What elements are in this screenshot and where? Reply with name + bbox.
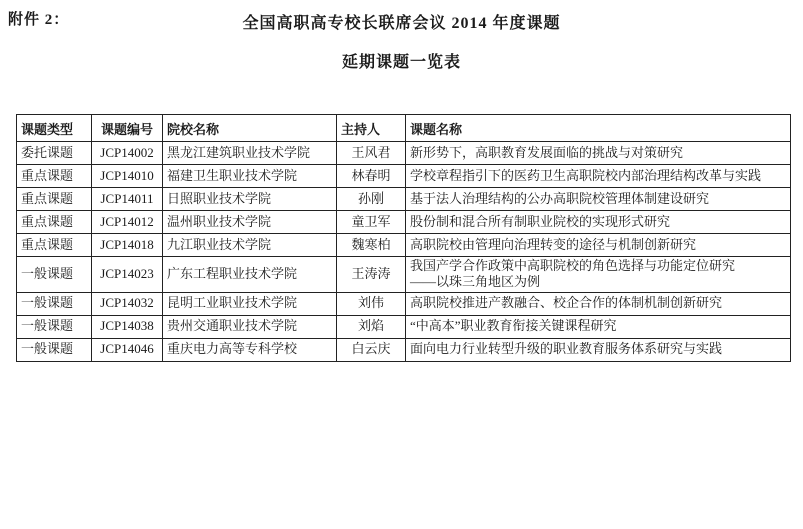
- cell-project-code: JCP14011: [92, 188, 163, 211]
- document-page: 附件 2： 全国高职高专校长联席会议 2014 年度课题 延期课题一览表 课题类…: [0, 0, 803, 362]
- cell-leader-name: 白云庆: [337, 338, 406, 361]
- col-header-project-type: 课题类型: [17, 115, 92, 142]
- cell-project-code: JCP14023: [92, 257, 163, 293]
- cell-project-type: 重点课题: [17, 211, 92, 234]
- cell-institution-name: 日照职业技术学院: [163, 188, 337, 211]
- col-header-leader: 主持人: [337, 115, 406, 142]
- table-body: 委托课题 JCP14002 黑龙江建筑职业技术学院 王风君 新形势下，高职教育发…: [17, 142, 791, 362]
- cell-project-title: 新形势下，高职教育发展面临的挑战与对策研究: [406, 142, 791, 165]
- cell-project-type: 委托课题: [17, 142, 92, 165]
- cell-institution-name: 昆明工业职业技术学院: [163, 292, 337, 315]
- cell-project-title: 高职院校推进产教融合、校企合作的体制机制创新研究: [406, 292, 791, 315]
- table-row: 一般课题 JCP14032 昆明工业职业技术学院 刘伟 高职院校推进产教融合、校…: [17, 292, 791, 315]
- page-title: 全国高职高专校长联席会议 2014 年度课题: [0, 0, 803, 33]
- table-row: 一般课题 JCP14046 重庆电力高等专科学校 白云庆 面向电力行业转型升级的…: [17, 338, 791, 361]
- col-header-project-code: 课题编号: [92, 115, 163, 142]
- cell-institution-name: 九江职业技术学院: [163, 234, 337, 257]
- cell-institution-name: 广东工程职业技术学院: [163, 257, 337, 293]
- cell-institution-name: 黑龙江建筑职业技术学院: [163, 142, 337, 165]
- cell-leader-name: 刘伟: [337, 292, 406, 315]
- cell-project-title: 面向电力行业转型升级的职业教育服务体系研究与实践: [406, 338, 791, 361]
- cell-leader-name: 魏寒柏: [337, 234, 406, 257]
- cell-leader-name: 林春明: [337, 165, 406, 188]
- cell-project-code: JCP14046: [92, 338, 163, 361]
- cell-project-type: 重点课题: [17, 165, 92, 188]
- cell-project-code: JCP14038: [92, 315, 163, 338]
- cell-institution-name: 重庆电力高等专科学校: [163, 338, 337, 361]
- cell-project-code: JCP14002: [92, 142, 163, 165]
- col-header-project-title: 课题名称: [406, 115, 791, 142]
- cell-institution-name: 温州职业技术学院: [163, 211, 337, 234]
- page-subtitle: 延期课题一览表: [0, 49, 803, 72]
- cell-project-code: JCP14012: [92, 211, 163, 234]
- cell-institution-name: 福建卫生职业技术学院: [163, 165, 337, 188]
- table-row: 重点课题 JCP14018 九江职业技术学院 魏寒柏 高职院校由管理向治理转变的…: [17, 234, 791, 257]
- cell-leader-name: 王涛涛: [337, 257, 406, 293]
- cell-project-type: 一般课题: [17, 292, 92, 315]
- cell-project-title: 股份制和混合所有制职业院校的实现形式研究: [406, 211, 791, 234]
- cell-project-code: JCP14010: [92, 165, 163, 188]
- cell-leader-name: 童卫军: [337, 211, 406, 234]
- cell-project-type: 重点课题: [17, 188, 92, 211]
- cell-project-title: 学校章程指引下的医药卫生高职院校内部治理结构改革与实践: [406, 165, 791, 188]
- cell-project-title: “中高本”职业教育衔接关键课程研究: [406, 315, 791, 338]
- table-row: 重点课题 JCP14010 福建卫生职业技术学院 林春明 学校章程指引下的医药卫…: [17, 165, 791, 188]
- cell-project-type: 重点课题: [17, 234, 92, 257]
- cell-project-title: 高职院校由管理向治理转变的途径与机制创新研究: [406, 234, 791, 257]
- cell-project-code: JCP14018: [92, 234, 163, 257]
- table-header-row: 课题类型 课题编号 院校名称 主持人 课题名称: [17, 115, 791, 142]
- attachment-label: 附件 2：: [8, 8, 69, 29]
- cell-project-type: 一般课题: [17, 315, 92, 338]
- cell-leader-name: 刘焰: [337, 315, 406, 338]
- col-header-institution-name: 院校名称: [163, 115, 337, 142]
- cell-project-title: 我国产学合作政策中高职院校的角色选择与功能定位研究 ——以珠三角地区为例: [406, 257, 791, 293]
- postponed-projects-table: 课题类型 课题编号 院校名称 主持人 课题名称 委托课题 JCP14002 黑龙…: [16, 114, 791, 362]
- cell-project-code: JCP14032: [92, 292, 163, 315]
- cell-project-title: 基于法人治理结构的公办高职院校管理体制建设研究: [406, 188, 791, 211]
- table-row: 重点课题 JCP14012 温州职业技术学院 童卫军 股份制和混合所有制职业院校…: [17, 211, 791, 234]
- table-row: 委托课题 JCP14002 黑龙江建筑职业技术学院 王风君 新形势下，高职教育发…: [17, 142, 791, 165]
- cell-project-type: 一般课题: [17, 338, 92, 361]
- cell-leader-name: 孙刚: [337, 188, 406, 211]
- cell-project-type: 一般课题: [17, 257, 92, 293]
- cell-institution-name: 贵州交通职业技术学院: [163, 315, 337, 338]
- table-row: 一般课题 JCP14038 贵州交通职业技术学院 刘焰 “中高本”职业教育衔接关…: [17, 315, 791, 338]
- cell-leader-name: 王风君: [337, 142, 406, 165]
- table-row: 重点课题 JCP14011 日照职业技术学院 孙刚 基于法人治理结构的公办高职院…: [17, 188, 791, 211]
- table-row: 一般课题 JCP14023 广东工程职业技术学院 王涛涛 我国产学合作政策中高职…: [17, 257, 791, 293]
